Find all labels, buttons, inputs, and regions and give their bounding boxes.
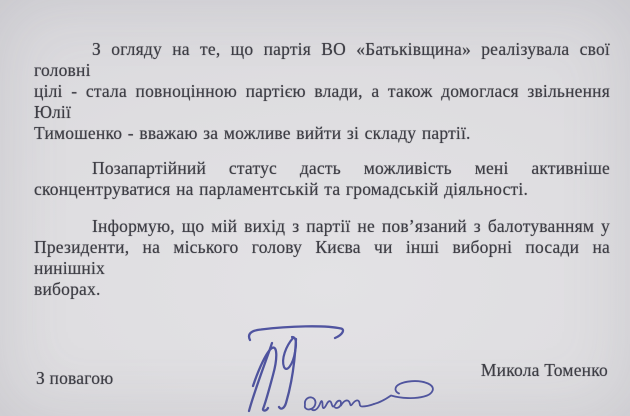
letter-paragraph: Інформую, що мій вихід з партії не пов’я… [34, 216, 610, 300]
letter-line: Позапартійний статус дасть можливість ме… [34, 158, 610, 179]
letter-line: сконцентруватися на парламентській та гр… [34, 179, 610, 200]
handwritten-signature [227, 291, 445, 416]
letter-photo: З огляду на те, що партія ВО «Батьківщин… [0, 0, 630, 416]
letter-line: Президенти, на міського голову Києва чи … [34, 237, 610, 279]
letter-line: цілі - стала повноцінною партією влади, … [34, 81, 610, 123]
closing-phrase: З повагою [36, 368, 113, 389]
signer-name: Микола Томенко [481, 360, 608, 381]
letter-line: З огляду на те, що партія ВО «Батьківщин… [34, 39, 610, 81]
letter-line: Інформую, що мій вихід з партії не пов’я… [34, 216, 610, 237]
letter-line: Тимошенко - вважаю за можливе вийти зі с… [34, 123, 610, 144]
letter-paragraph: З огляду на те, що партія ВО «Батьківщин… [34, 39, 610, 144]
signature-ink [227, 291, 445, 416]
letter-paragraph: Позапартійний статус дасть можливість ме… [34, 158, 610, 200]
letter-body: З огляду на те, що партія ВО «Батьківщин… [34, 39, 610, 300]
